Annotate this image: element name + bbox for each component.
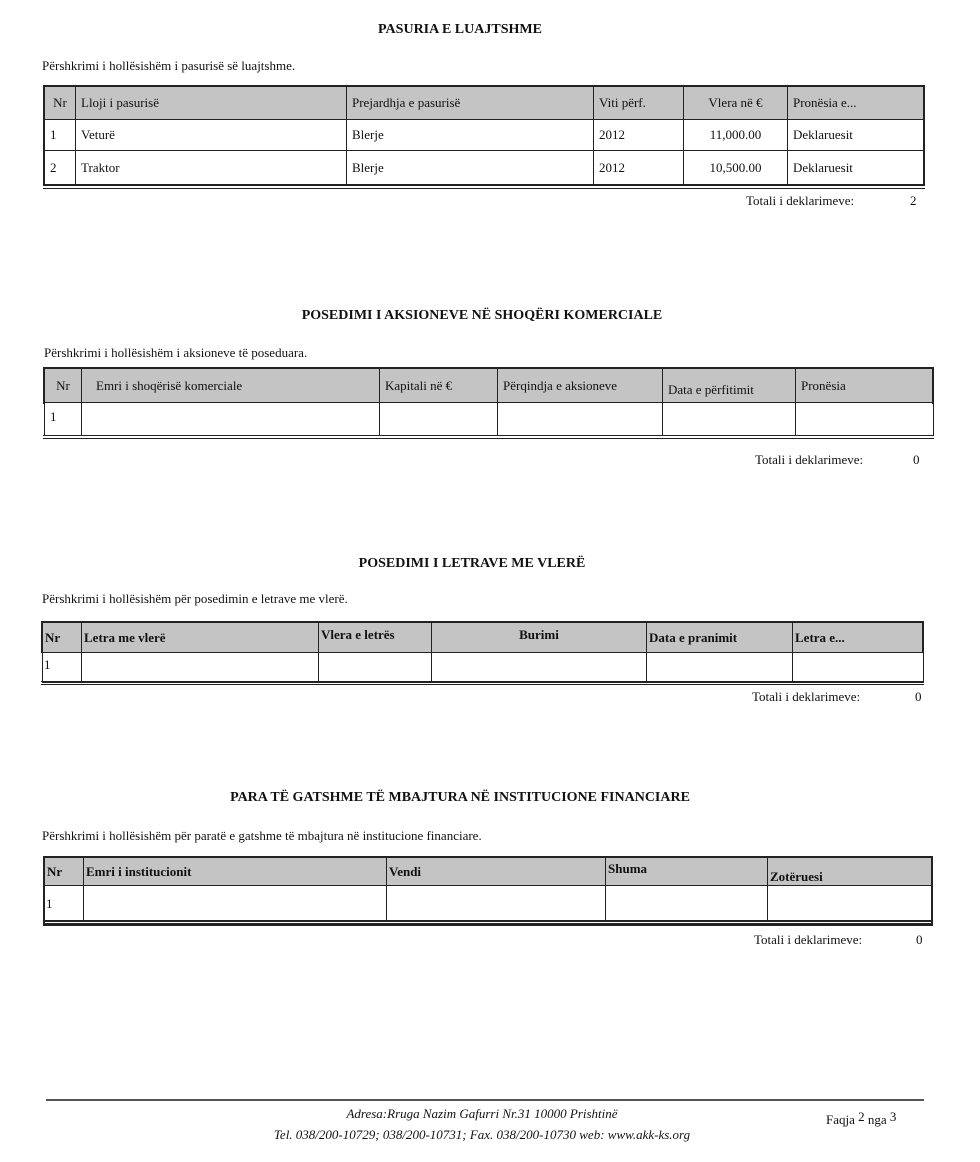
- total-value: 2: [910, 193, 917, 209]
- column-header: Viti përf.: [594, 87, 684, 120]
- page-label: Faqja: [826, 1112, 855, 1127]
- cell-ownership: Deklaruesit: [788, 120, 925, 151]
- cell-acquisition-date: [663, 403, 796, 436]
- cell-security-type: [793, 653, 924, 683]
- column-header: Kapitali në €: [380, 369, 498, 403]
- table-bottom-rule: [43, 185, 925, 189]
- total-declarations: Totali i deklarimeve: 0: [754, 932, 862, 948]
- movable-assets-table: Nr Lloji i pasurisë Prejardhja e pasuris…: [44, 86, 925, 185]
- total-value: 0: [915, 689, 922, 705]
- section-description-shares: Përshkrimi i hollësishëm i aksioneve të …: [44, 345, 307, 361]
- cell-value: 10,500.00: [684, 151, 788, 185]
- table-bottom-rule: [43, 435, 934, 439]
- table-header-row: Nr Lloji i pasurisë Prejardhja e pasuris…: [45, 87, 925, 120]
- cell-security-value: [319, 653, 432, 683]
- page-current: 2: [858, 1109, 865, 1124]
- footer-divider: [46, 1099, 924, 1101]
- cell-nr: 1: [43, 653, 82, 683]
- total-declarations: Totali i deklarimeve: 2: [746, 193, 854, 209]
- cell-ownership: [796, 403, 934, 436]
- section-description-cash: Përshkrimi i hollësishëm për paratë e ga…: [42, 828, 482, 844]
- column-header: Nr: [45, 369, 82, 403]
- table-row: 1: [43, 653, 924, 683]
- page-of-label: nga: [868, 1112, 887, 1127]
- column-header: Burimi: [432, 623, 647, 653]
- column-header: Pronësia: [796, 369, 934, 403]
- cell-origin: Blerje: [347, 151, 594, 185]
- cell-receipt-date: [647, 653, 793, 683]
- cell-capital: [380, 403, 498, 436]
- cell-year: 2012: [594, 120, 684, 151]
- column-header: Nr: [45, 87, 76, 120]
- cell-source: [432, 653, 647, 683]
- cell-nr: 1: [45, 886, 84, 922]
- table-row: 2 Traktor Blerje 2012 10,500.00 Deklarue…: [45, 151, 925, 185]
- total-label: Totali i deklarimeve:: [755, 452, 863, 467]
- total-value: 0: [913, 452, 920, 468]
- section-title-securities: POSEDIMI I LETRAVE ME VLERË: [0, 556, 962, 572]
- column-header: Lloji i pasurisë: [76, 87, 347, 120]
- section-description-movable-assets: Përshkrimi i hollësishëm i pasurisë së l…: [42, 58, 295, 74]
- column-header: Data e pranimit: [647, 623, 793, 653]
- table-header-row: Nr Emri i institucionit Vendi Shuma Zotë…: [45, 858, 933, 886]
- footer-contact: Tel. 038/200-10729; 038/200-10731; Fax. …: [0, 1127, 972, 1143]
- shares-table: Nr Emri i shoqërisë komerciale Kapitali …: [44, 368, 934, 436]
- column-header: Data e përfitimit: [663, 369, 796, 403]
- total-label: Totali i deklarimeve:: [754, 932, 862, 947]
- cell-year: 2012: [594, 151, 684, 185]
- table-header-row: Nr Letra me vlerë Vlera e letrës Burimi …: [43, 623, 924, 653]
- column-header: Përqindja e aksioneve: [498, 369, 663, 403]
- total-declarations: Totali i deklarimeve: 0: [755, 452, 863, 468]
- section-title-shares: POSEDIMI I AKSIONEVE NË SHOQËRI KOMERCIA…: [0, 308, 972, 324]
- total-declarations: Totali i deklarimeve: 0: [752, 689, 860, 705]
- column-header: Vendi: [387, 858, 606, 886]
- table-bottom-rule: [43, 920, 933, 924]
- column-header: Nr: [43, 623, 82, 653]
- column-header: Letra me vlerë: [82, 623, 319, 653]
- cell-ownership: Deklaruesit: [788, 151, 925, 185]
- column-header: Pronësia e...: [788, 87, 925, 120]
- cell-value: 11,000.00: [684, 120, 788, 151]
- column-header: Zotëruesi: [768, 858, 933, 886]
- table-row: 1: [45, 886, 933, 922]
- total-label: Totali i deklarimeve:: [746, 193, 854, 208]
- cell-asset-type: Veturë: [76, 120, 347, 151]
- cell-nr: 1: [45, 403, 82, 436]
- total-label: Totali i deklarimeve:: [752, 689, 860, 704]
- column-header: Vlera e letrës: [319, 623, 432, 653]
- cell-amount: [606, 886, 768, 922]
- total-value: 0: [916, 932, 923, 948]
- column-header: Prejardhja e pasurisë: [347, 87, 594, 120]
- cell-country: [387, 886, 606, 922]
- section-description-securities: Përshkrimi i hollësishëm për posedimin e…: [42, 591, 348, 607]
- table-header-row: Nr Emri i shoqërisë komerciale Kapitali …: [45, 369, 934, 403]
- cell-nr: 2: [45, 151, 76, 185]
- table-row: 1 Veturë Blerje 2012 11,000.00 Deklarues…: [45, 120, 925, 151]
- column-header: Nr: [45, 858, 84, 886]
- table-bottom-rule: [41, 681, 924, 685]
- cell-company-name: [82, 403, 380, 436]
- page-number: Faqja 2 nga 3: [826, 1112, 896, 1128]
- column-header: Emri i institucionit: [84, 858, 387, 886]
- cash-table: Nr Emri i institucionit Vendi Shuma Zotë…: [44, 857, 933, 922]
- cell-share-percent: [498, 403, 663, 436]
- cell-institution-name: [84, 886, 387, 922]
- section-title-movable-assets: PASURIA E LUAJTSHME: [0, 22, 950, 38]
- column-header: Emri i shoqërisë komerciale: [82, 369, 380, 403]
- cell-security-name: [82, 653, 319, 683]
- section-title-cash: PARA TË GATSHME TË MBAJTURA NË INSTITUCI…: [0, 790, 950, 806]
- cell-holder: [768, 886, 933, 922]
- table-row: 1: [45, 403, 934, 436]
- securities-table: Nr Letra me vlerë Vlera e letrës Burimi …: [42, 622, 924, 683]
- cell-nr: 1: [45, 120, 76, 151]
- column-header: Shuma: [606, 858, 768, 886]
- cell-origin: Blerje: [347, 120, 594, 151]
- column-header: Vlera në €: [684, 87, 788, 120]
- cell-asset-type: Traktor: [76, 151, 347, 185]
- column-header: Letra e...: [793, 623, 924, 653]
- page-total: 3: [890, 1109, 897, 1124]
